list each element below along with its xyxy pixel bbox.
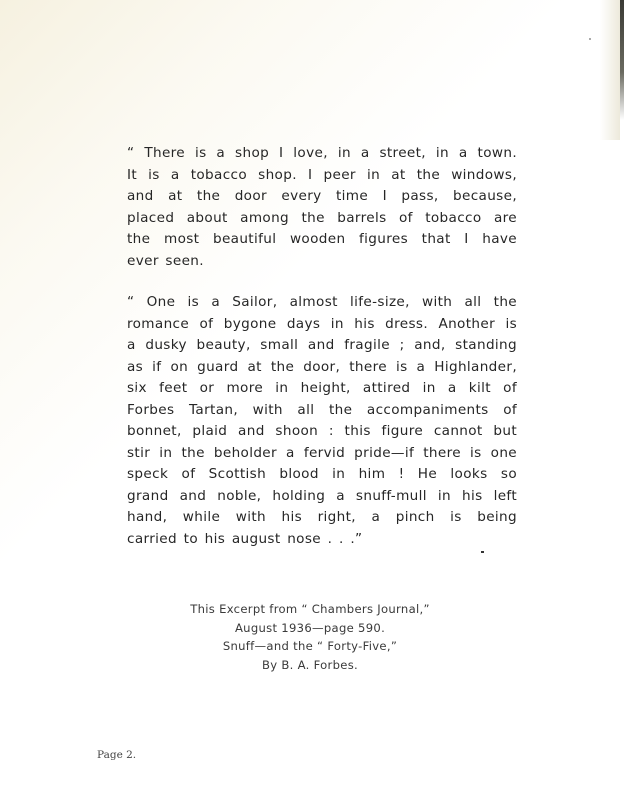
text-line: romance of bygone days in his dress. Ano… <box>127 314 517 336</box>
attribution-line-author: By B. A. Forbes. <box>150 656 470 675</box>
attribution-line-date: August 1936—page 590. <box>150 619 470 638</box>
text-line: and at the door every time I pass, becau… <box>127 186 517 208</box>
text-line: ever seen. <box>127 251 517 273</box>
text-line: “ One is a Sailor, almost life-size, wit… <box>127 292 517 314</box>
attribution-line-title: Snuff—and the “ Forty-Five,” <box>150 637 470 656</box>
quote-paragraph-1: “ There is a shop I love, in a street, i… <box>127 143 517 272</box>
page-edge <box>620 0 624 120</box>
text-line: Forbes Tartan, with all the accompanimen… <box>127 400 517 422</box>
text-line: six feet or more in height, attired in a… <box>127 378 517 400</box>
page-edge-shadow <box>600 0 620 140</box>
quote-paragraph-2: “ One is a Sailor, almost life-size, wit… <box>127 292 517 550</box>
text-line: as if on guard at the door, there is a H… <box>127 357 517 379</box>
text-line: carried to his august nose . . .” <box>127 529 517 551</box>
text-line: bonnet, plaid and shoon : this figure ca… <box>127 421 517 443</box>
print-speck <box>589 38 591 40</box>
text-line: placed about among the barrels of tobacc… <box>127 208 517 230</box>
text-line: hand, while with his right, a pinch is b… <box>127 507 517 529</box>
source-attribution: This Excerpt from “ Chambers Journal,” A… <box>150 600 470 674</box>
text-line: It is a tobacco shop. I peer in at the w… <box>127 165 517 187</box>
text-line: grand and noble, holding a snuff-mull in… <box>127 486 517 508</box>
text-line: “ There is a shop I love, in a street, i… <box>127 143 517 165</box>
text-line: the most beautiful wooden figures that I… <box>127 229 517 251</box>
print-speck <box>135 390 137 392</box>
print-speck <box>481 551 484 553</box>
attribution-line-source: This Excerpt from “ Chambers Journal,” <box>150 600 470 619</box>
text-line: speck of Scottish blood in him ! He look… <box>127 464 517 486</box>
text-line: a dusky beauty, small and fragile ; and,… <box>127 335 517 357</box>
text-line: stir in the beholder a fervid pride—if t… <box>127 443 517 465</box>
page-number: Page 2. <box>97 749 136 761</box>
